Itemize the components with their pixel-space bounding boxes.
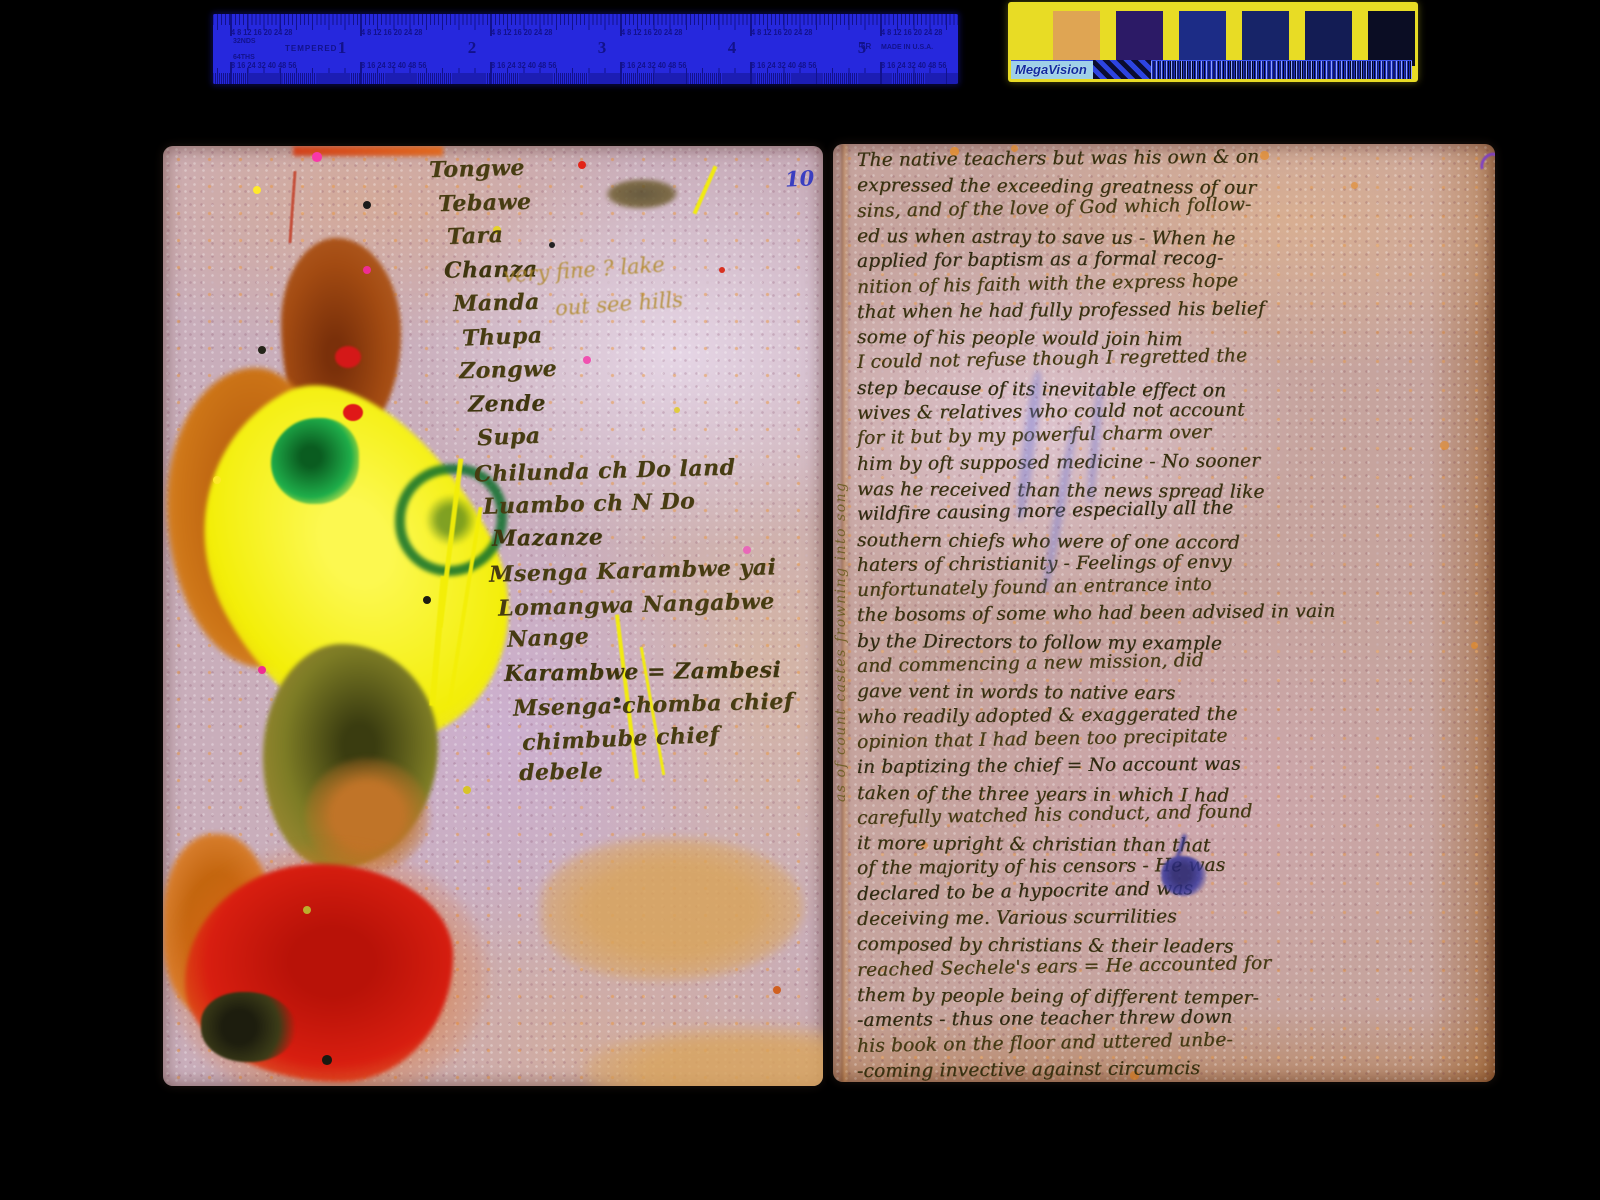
word-list-line: Lomangwa Nangabwe	[498, 588, 775, 621]
blue-ink-blot	[1161, 856, 1207, 896]
diary-line: deceiving me. Various scurrilities	[857, 906, 1177, 930]
diary-line: them by people being of different temper…	[857, 985, 1259, 1009]
ruler-scale-text: 4 8 12 16 20 24 28	[491, 28, 579, 37]
right-page: as of count castes frowning into song Th…	[833, 144, 1495, 1082]
ruler-scale-text: 4 8 12 16 20 24 28	[361, 28, 449, 37]
ruler-model-label: 6R	[861, 42, 871, 51]
word-list-line: Zende	[468, 390, 546, 417]
word-list-line: Tongwe	[429, 155, 525, 184]
ruler-scale-text: 8 16 24 32 40 48 56	[231, 61, 319, 70]
diary-line: I could not refuse though I regretted th…	[857, 346, 1247, 374]
diary-line: wives & relatives who could not account	[857, 400, 1245, 424]
paint-smear-top-edge	[293, 146, 443, 156]
diary-line: wildfire causing more especially all the	[857, 498, 1234, 526]
cal-swatch	[1305, 11, 1352, 66]
word-list-line: Tebawe	[438, 188, 532, 216]
red-scratch-mark	[288, 171, 296, 243]
paint-specks	[163, 146, 167, 150]
diary-line: it more upright & christian than that	[857, 833, 1211, 856]
diary-line: unfortunately found an entrance into	[857, 574, 1212, 601]
word-list-line: Zongwe	[459, 356, 558, 385]
ruler-scale-text: 4 8 12 16 20 24 28	[881, 28, 958, 37]
orange-flecks	[833, 144, 836, 147]
diary-line: that when he had fully professed his bel…	[857, 298, 1265, 323]
ruler-scale-text: 8 16 24 32 40 48 56	[751, 61, 839, 70]
ruler-scale-text: 8 16 24 32 40 48 56	[491, 61, 579, 70]
diary-line: the bosoms of some who had been advised …	[857, 601, 1336, 626]
diary-line: gave vent in words to native ears	[857, 681, 1176, 704]
diary-line: him by oft supposed medicine - No sooner	[857, 450, 1260, 475]
diary-line: who readily adopted & exaggerated the	[857, 703, 1238, 727]
yellow-streak	[693, 165, 718, 214]
left-page: 10 TongweTebaweTaraChanzaMandaThupaZongw…	[163, 146, 823, 1086]
diary-line: The native teachers but was his own & on	[857, 146, 1259, 171]
word-list-line: Tara	[446, 222, 503, 250]
ruler-scale-text: 3	[587, 38, 617, 58]
word-list-line: Msenga-chomba chief	[513, 688, 794, 721]
paint-cluster-dark	[201, 992, 296, 1062]
word-list-line: chimbube chief	[522, 721, 721, 755]
ruler-scale-text: 8 16 24 32 40 48 56	[881, 61, 958, 70]
word-list-line: Msenga Karambwe yai	[489, 554, 777, 588]
micro-ruler	[1151, 60, 1412, 79]
ruler-scale-text: 4 8 12 16 20 24 28	[231, 28, 319, 37]
diary-line: his book on the floor and uttered unbe-	[857, 1029, 1233, 1057]
word-list-line: Supa	[476, 423, 541, 452]
diary-line: step because of its inevitable effect on	[857, 378, 1226, 402]
page-number: 10	[784, 165, 815, 191]
diary-line: -aments - thus one teacher threw down	[857, 1007, 1233, 1031]
word-list-line: Luambo ch N Do	[483, 488, 696, 520]
tan-stain	[583, 1026, 823, 1086]
diary-line: sins, and of the love of God which follo…	[857, 194, 1252, 222]
ruler-scale-text: 4 8 12 16 20 24 28	[751, 28, 839, 37]
diary-line: -coming invective against circumcis	[857, 1058, 1200, 1082]
ruler-tempered-label: TEMPERED	[285, 44, 337, 53]
megavision-logo: MegaVision	[1011, 61, 1093, 79]
diary-line: nition of his faith with the express hop…	[857, 270, 1239, 298]
cal-swatch	[1053, 11, 1100, 66]
faint-annotation-line2: out see hills	[554, 288, 683, 321]
checker-pattern	[1093, 60, 1151, 79]
ruler-scale-text: 2	[457, 38, 487, 58]
ruler-scale-text: 8 16 24 32 40 48 56	[361, 61, 449, 70]
cal-swatch	[1242, 11, 1289, 66]
diary-line: declared to be a hypocrite and was	[857, 878, 1194, 905]
diary-line: applied for baptism as a formal recog-	[857, 248, 1224, 272]
diary-line: carefully watched his conduct, and found	[857, 801, 1253, 829]
word-list-line: Thupa	[461, 322, 543, 351]
purple-corner-mark	[1477, 149, 1495, 179]
ruler-inch: 4 8 12 16 20 24 2828 16 24 32 40 48 56	[361, 14, 491, 84]
diary-line: and commencing a new mission, did	[857, 650, 1204, 677]
word-list-line: Mazanze	[492, 524, 604, 552]
manuscript-photo-stage: 4 8 12 16 20 24 2818 16 24 32 40 48 564 …	[0, 0, 1600, 1200]
word-list-line: Karambwe = Zambesi	[504, 657, 782, 687]
diary-line: opinion that I had been too precipitate	[857, 725, 1228, 752]
ruler-made-in-usa-label: MADE IN U.S.A.	[881, 44, 933, 51]
calibration-target: MegaVision	[1008, 2, 1418, 82]
ruler-scale-text: 4	[717, 38, 747, 58]
cal-swatch	[1116, 11, 1163, 66]
megavision-strip: MegaVision	[1011, 60, 1412, 79]
ruler-scale-label-64ths: 64THS	[233, 54, 255, 61]
paint-spot-red	[335, 346, 361, 368]
word-list-line: Nange	[506, 623, 589, 652]
diary-line: ed us when astray to save us - When he	[857, 226, 1236, 250]
dark-ink-smudge	[606, 179, 678, 209]
paint-stain-green	[271, 418, 359, 504]
word-list-line: debele	[519, 758, 604, 786]
cal-swatch	[1179, 11, 1226, 66]
ruler: 4 8 12 16 20 24 2818 16 24 32 40 48 564 …	[213, 14, 958, 84]
cal-swatch	[1368, 11, 1415, 66]
ruler-scale-text: 4 8 12 16 20 24 28	[621, 28, 709, 37]
paint-dot-red	[343, 404, 363, 421]
word-list-line: Chilunda ch Do land	[474, 454, 736, 487]
ruler-inch: 4 8 12 16 20 24 2848 16 24 32 40 48 56	[621, 14, 751, 84]
diary-line: in baptizing the chief = No account was	[857, 754, 1241, 778]
ruler-scale-text: 8 16 24 32 40 48 56	[621, 61, 709, 70]
diary-line: reached Sechele's ears = He accounted fo…	[857, 952, 1272, 980]
ruler-scale-label-32nds: 32NDS	[233, 38, 256, 45]
word-list-line: Manda	[453, 289, 540, 317]
ruler-inch: 4 8 12 16 20 24 2838 16 24 32 40 48 56	[491, 14, 621, 84]
tan-stain	[541, 838, 803, 980]
margin-vertical-text: as of count castes frowning into song	[833, 162, 849, 802]
